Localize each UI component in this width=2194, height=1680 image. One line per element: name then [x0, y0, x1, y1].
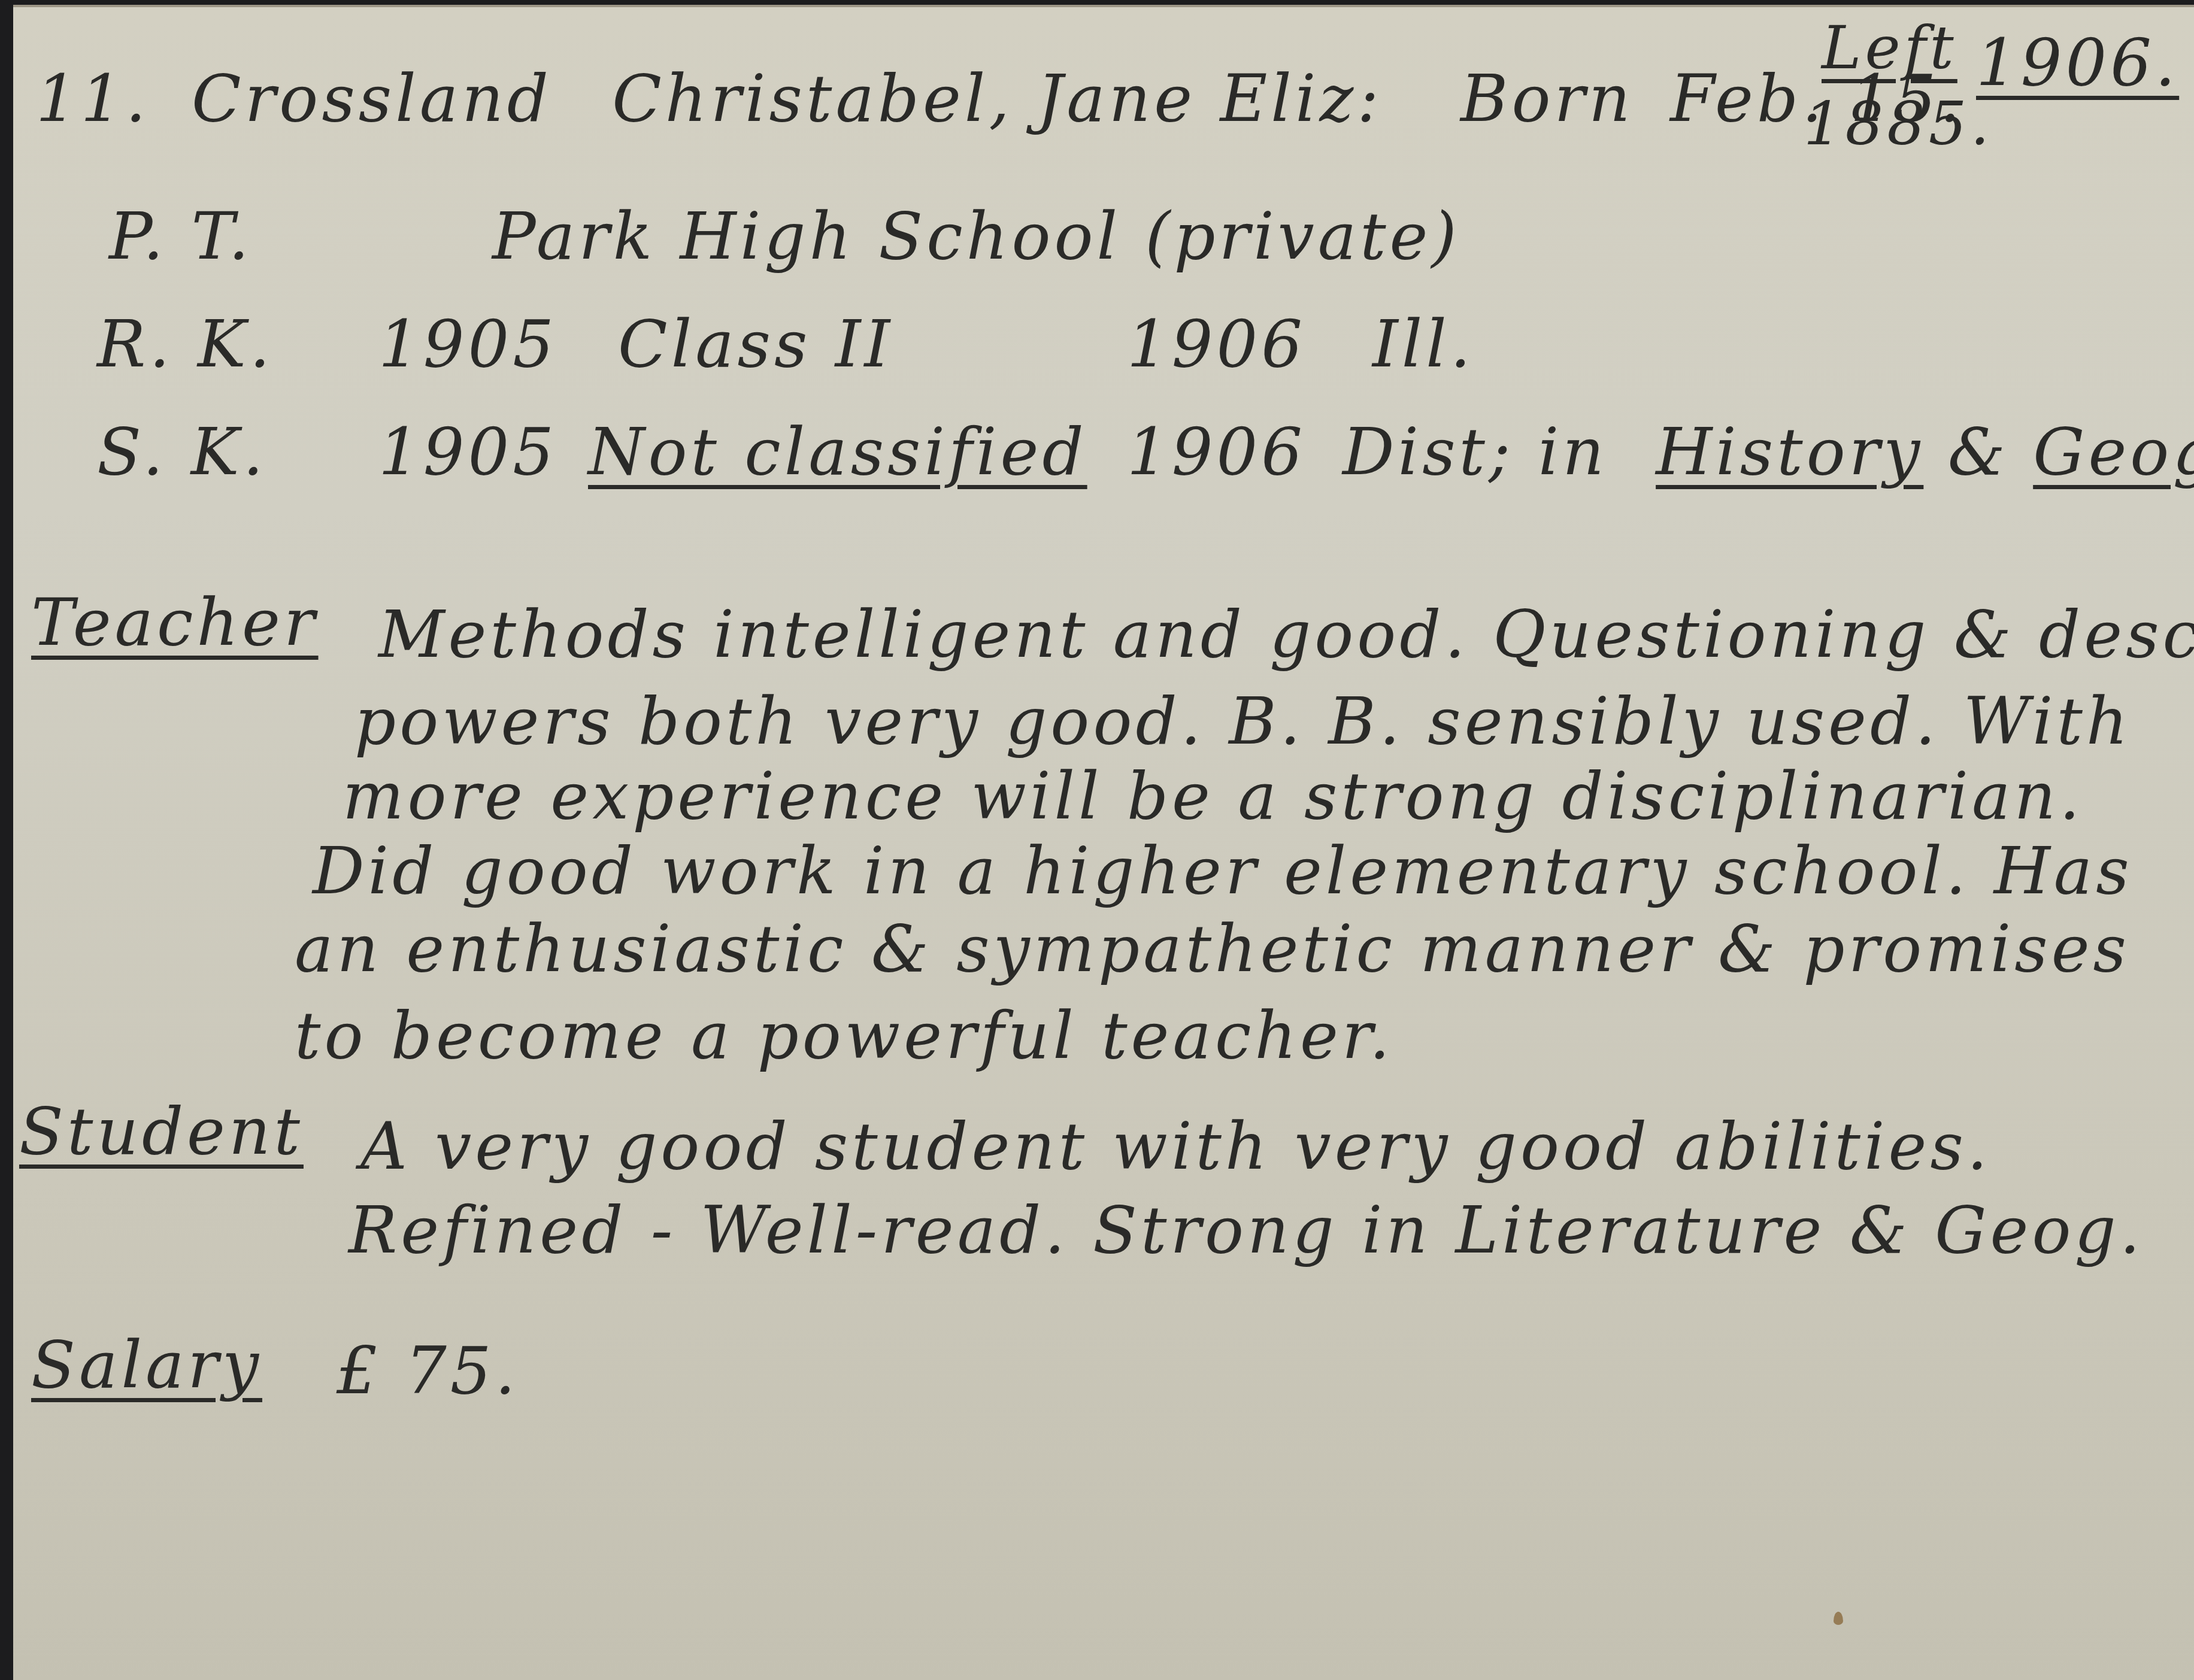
- paper-blemish: [1834, 1612, 1843, 1625]
- row-sk-classification: Not classified: [588, 420, 1087, 485]
- subject-history: History: [1656, 415, 1923, 490]
- record-card: 11. Crossland Christabel, Jane Eliz: Bor…: [13, 5, 2194, 1678]
- student-label: Student: [19, 1100, 304, 1165]
- row-sk-result: Dist; in History & Geog.: [1343, 420, 2194, 485]
- born-label: Born: [1460, 62, 1634, 137]
- teacher-line: an enthusiastic & sympathetic manner & p…: [295, 917, 2130, 982]
- row-rk-code: R. K.: [97, 313, 274, 377]
- row-pt-school: Park High School (private): [492, 205, 1460, 269]
- row-rk-result: Ill.: [1372, 313, 1474, 377]
- surname: Crossland: [192, 62, 552, 137]
- row-sk-year1: 1905: [378, 420, 557, 485]
- forenames: Christabel, Jane Eliz:: [612, 62, 1383, 137]
- row-sk-year2: 1906: [1127, 420, 1306, 485]
- teacher-line: Did good work in a higher elementary sch…: [313, 839, 2133, 904]
- student-line: Refined - Well-read. Strong in Literatur…: [349, 1199, 2144, 1263]
- teacher-label: Teacher: [31, 591, 319, 656]
- teacher-line: more experience will be a strong discipl…: [343, 765, 2083, 829]
- salary-label: Salary: [31, 1333, 262, 1398]
- record-number: 11.: [36, 62, 150, 137]
- row-sk-code: S. K.: [97, 420, 267, 485]
- left-year: 1906.: [1976, 31, 2179, 96]
- teacher-line: Methods intelligent and good. Questionin…: [378, 603, 2194, 668]
- teacher-line: to become a powerful teacher.: [295, 1004, 1393, 1069]
- teacher-line: powers both very good. B. B. sensibly us…: [354, 690, 2131, 754]
- salary-value: £ 75.: [337, 1339, 519, 1404]
- row-rk-class: Class II: [618, 313, 893, 377]
- record-header: 11. Crossland Christabel, Jane Eliz: Bor…: [36, 67, 1964, 132]
- born-year: 1885.: [1804, 94, 1993, 154]
- row-rk-year2: 1906: [1127, 313, 1306, 377]
- row-rk-year1: 1905: [378, 313, 557, 377]
- row-pt-code: P. T.: [109, 205, 253, 269]
- student-line: A very good student with very good abili…: [360, 1115, 1991, 1179]
- subject-geog: Geog.: [2033, 415, 2194, 490]
- left-label: Left: [1822, 18, 1957, 78]
